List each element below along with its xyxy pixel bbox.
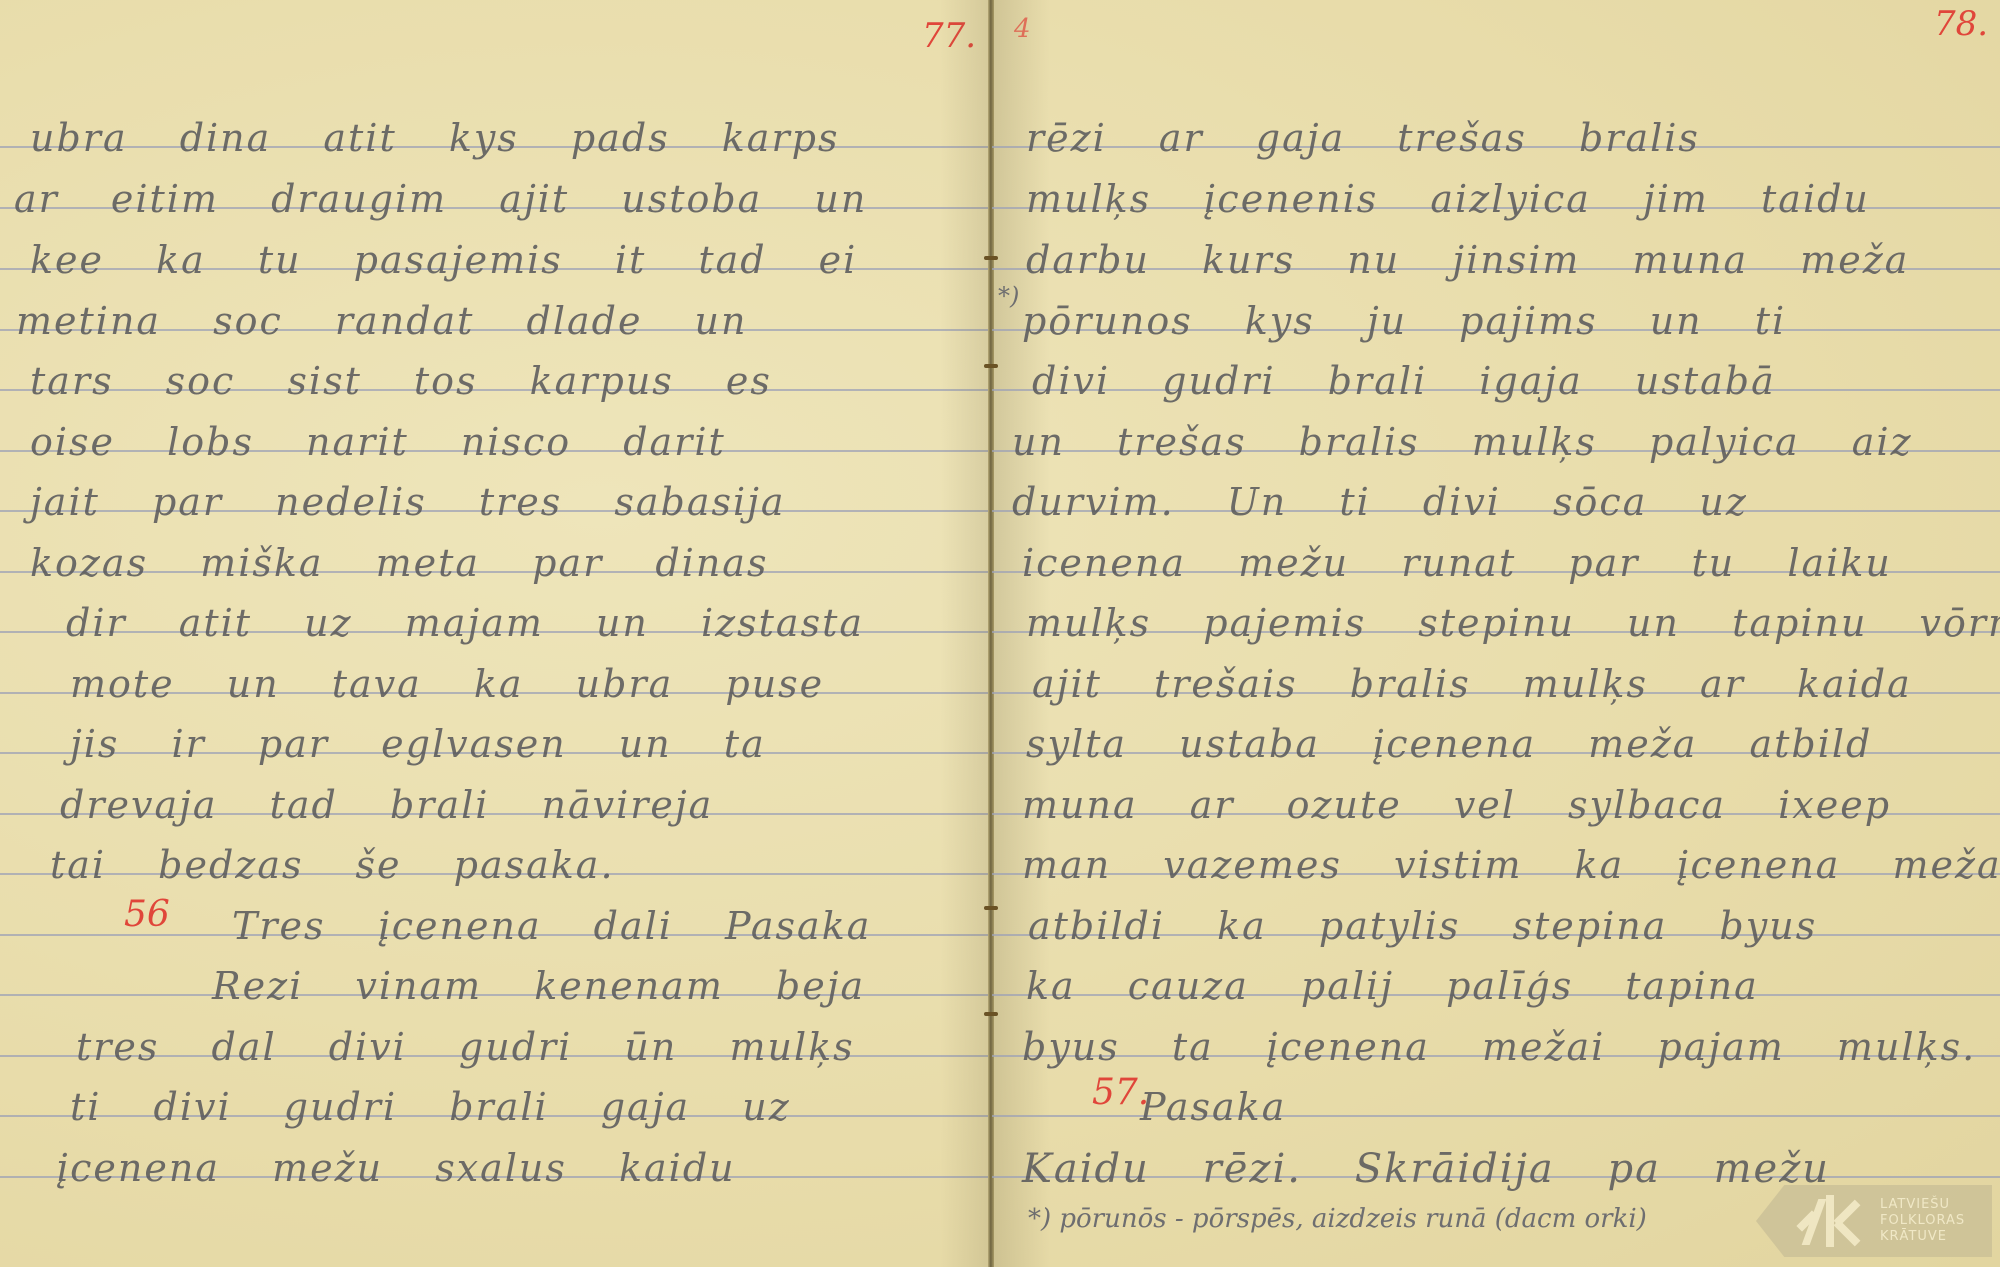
handwritten-line: jait par nedelis tres sabasija (0, 480, 990, 524)
tale-title: Tres įcenena dali Pasaka (0, 904, 990, 948)
handwritten-line: rēzi ar gaja trešas bralis (992, 116, 2000, 160)
handwritten-line: jis ir par eglvasen un ta (0, 722, 990, 766)
footnote: *) pōrunōs - pōrspēs, aizdzeis runā (dac… (1028, 1204, 1647, 1234)
handwritten-line: tai bedzas še pasaka. (0, 843, 990, 887)
handwritten-line: ka cauza palij palīģs tapina (992, 964, 2000, 1008)
handwritten-line: byus ta įcenena mežai pajam mulķs. (992, 1025, 2000, 1069)
handwritten-line: divi gudri brali igaja ustabā (992, 359, 2000, 403)
watermark-line: LATVIEŠU (1880, 1197, 1965, 1213)
handwritten-line: ubra dina atit kys pads karps (0, 116, 990, 160)
corner-mark: 4 (1014, 14, 1031, 44)
handwritten-line: icenena mežu runat par tu laiku (992, 541, 2000, 585)
handwritten-line: pōrunos kys ju pajims un ti (992, 299, 2000, 343)
handwritten-line: ti divi gudri brali gaja uz (0, 1085, 990, 1129)
handwritten-line: metina soc randat dlade un (0, 299, 990, 343)
handwritten-line: mulķs įcenenis aizlyica jim taidu (992, 177, 2000, 221)
handwritten-line: ajit trešais bralis mulķs ar kaida (992, 662, 2000, 706)
handwritten-line: kee ka tu pasajemis it tad ei (0, 238, 990, 282)
handwritten-line: muna ar ozute vel sylbaca ixeep (992, 783, 2000, 827)
lfk-logo-icon (1796, 1191, 1866, 1251)
watermark-text: LATVIEŠU FOLKLORAS KRĀTUVE (1880, 1197, 1965, 1245)
handwritten-line: dir atit uz majam un izstasta (0, 601, 990, 645)
watermark-line: KRĀTUVE (1880, 1229, 1965, 1245)
handwritten-line: kozas miška meta par dinas (0, 541, 990, 585)
watermark-line: FOLKLORAS (1880, 1213, 1965, 1229)
tale-title: Pasaka (992, 1085, 2000, 1129)
handwritten-line: darbu kurs nu jinsim muna meža (992, 238, 2000, 282)
handwritten-line: ar eitim draugim ajit ustoba un (0, 177, 990, 221)
handwritten-line: tars soc sist tos karpus es (0, 359, 990, 403)
handwritten-line: atbildi ka patylis stepina byus (992, 904, 2000, 948)
handwritten-line: drevaja tad brali nāvireja (0, 783, 990, 827)
archive-watermark: LATVIEŠU FOLKLORAS KRĀTUVE (1756, 1185, 1992, 1257)
handwritten-line: man vazemes vistim ka įcenena meža (992, 843, 2000, 887)
page-number: 78. (1934, 4, 1988, 44)
handwritten-line: sylta ustaba įcenena meža atbild (992, 722, 2000, 766)
left-page: 77. ubra dina atit kys pads karps ar eit… (0, 0, 990, 1267)
handwritten-line: mulķs pajemis stepinu un tapinu vōrna (992, 601, 2000, 645)
handwritten-line: tres dal divi gudri ūn mulķs (0, 1025, 990, 1069)
handwritten-line: durvim. Un ti divi sōca uz (992, 480, 2000, 524)
handwritten-line: mote un tava ka ubra puse (0, 662, 990, 706)
handwritten-line: oise lobs narit nisco darit (0, 420, 990, 464)
handwritten-line: įcenena mežu sxalus kaidu (0, 1146, 990, 1190)
handwritten-line: Rezi vinam kenenam beja (0, 964, 990, 1008)
handwritten-line: un trešas bralis mulķs palyica aiz (992, 420, 2000, 464)
notebook-spread: 77. ubra dina atit kys pads karps ar eit… (0, 0, 2000, 1267)
right-page: 4 78. rēzi ar gaja trešas bralis mulķs į… (992, 0, 2000, 1267)
